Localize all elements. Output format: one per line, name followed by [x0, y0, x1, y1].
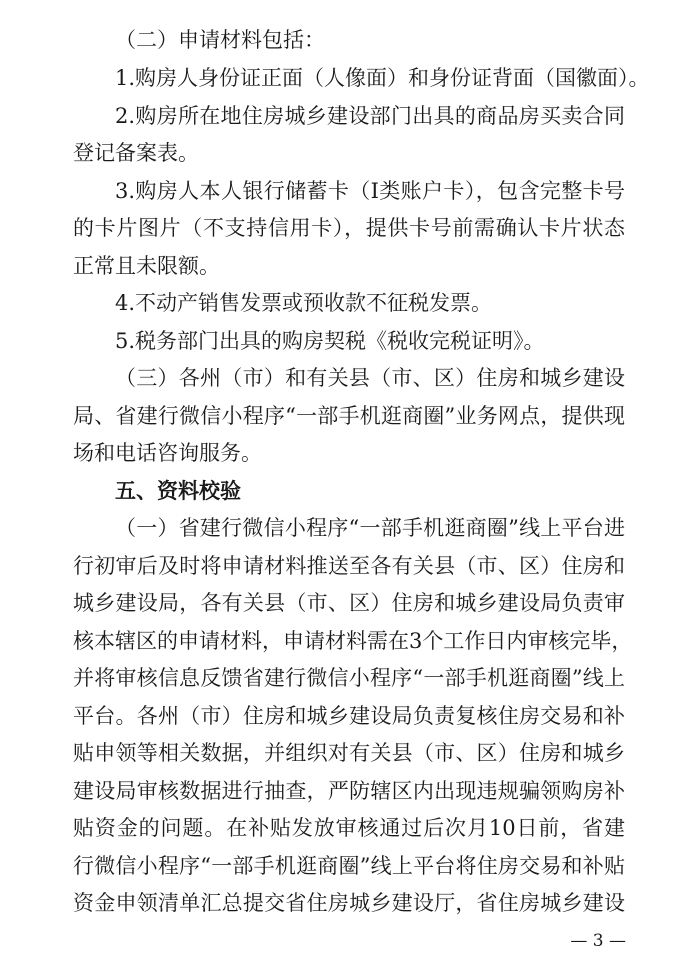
- paragraph-verification-line-8: 建设局审核数据进行抽查，严防辖区内出现违规骗领购房补: [73, 778, 625, 804]
- paragraph-verification-line-5: 并将审核信息反馈省建行微信小程序“一部手机逛商圈”线上: [73, 665, 625, 691]
- paragraph-consultation-continued-2: 场和电话咨询服务。: [73, 440, 625, 466]
- subsection-heading-application-materials: （二）申请材料包括：: [115, 27, 625, 53]
- paragraph-consultation: （三）各州（市）和有关县（市、区）住房和城乡建设: [115, 365, 625, 391]
- paragraph-verification-line-4: 核本辖区的申请材料，申请材料需在3个工作日内审核完毕，: [73, 628, 625, 654]
- paragraph-verification-line-11: 资金申领清单汇总提交省住房城乡建设厅，省住房城乡建设: [73, 890, 625, 916]
- paragraph-consultation-continued: 局、省建行微信小程序“一部手机逛商圈”业务网点，提供现: [73, 403, 625, 429]
- list-item-1-id-card: 1.购房人身份证正面（人像面）和身份证背面（国徽面）。: [115, 65, 625, 91]
- page-number: — 3 —: [570, 930, 626, 952]
- paragraph-verification-line-10: 行微信小程序“一部手机逛商圈”线上平台将住房交易和补贴: [73, 853, 625, 879]
- paragraph-verification-line-7: 贴申领等相关数据，并组织对有关县（市、区）住房和城乡: [73, 740, 625, 766]
- section-heading-data-verification: 五、资料校验: [115, 478, 625, 504]
- paragraph-verification-line-2: 行初审后及时将申请材料推送至各有关县（市、区）住房和: [73, 553, 625, 579]
- list-item-5-tax-certificate: 5.税务部门出具的购房契税《税收完税证明》。: [115, 328, 625, 354]
- list-item-3-continued-2: 正常且未限额。: [73, 253, 625, 279]
- document-page: （二）申请材料包括： 1.购房人身份证正面（人像面）和身份证背面（国徽面）。 2…: [0, 0, 696, 976]
- list-item-4-invoice: 4.不动产销售发票或预收款不征税发票。: [115, 290, 625, 316]
- list-item-2-continued: 登记备案表。: [73, 140, 625, 166]
- paragraph-verification-line-3: 城乡建设局，各有关县（市、区）住房和城乡建设局负责审: [73, 590, 625, 616]
- paragraph-verification-line-6: 平台。各州（市）住房和城乡建设局负责复核住房交易和补: [73, 703, 625, 729]
- list-item-3-continued: 的卡片图片（不支持信用卡），提供卡号前需确认卡片状态: [73, 215, 625, 241]
- paragraph-verification: （一）省建行微信小程序“一部手机逛商圈”线上平台进: [115, 515, 625, 541]
- paragraph-verification-line-9: 贴资金的问题。在补贴发放审核通过后次月10日前，省建: [73, 815, 625, 841]
- list-item-3-bank-card: 3.购房人本人银行储蓄卡（I类账户卡），包含完整卡号: [115, 178, 625, 204]
- list-item-2-contract: 2.购房所在地住房城乡建设部门出具的商品房买卖合同: [115, 103, 625, 129]
